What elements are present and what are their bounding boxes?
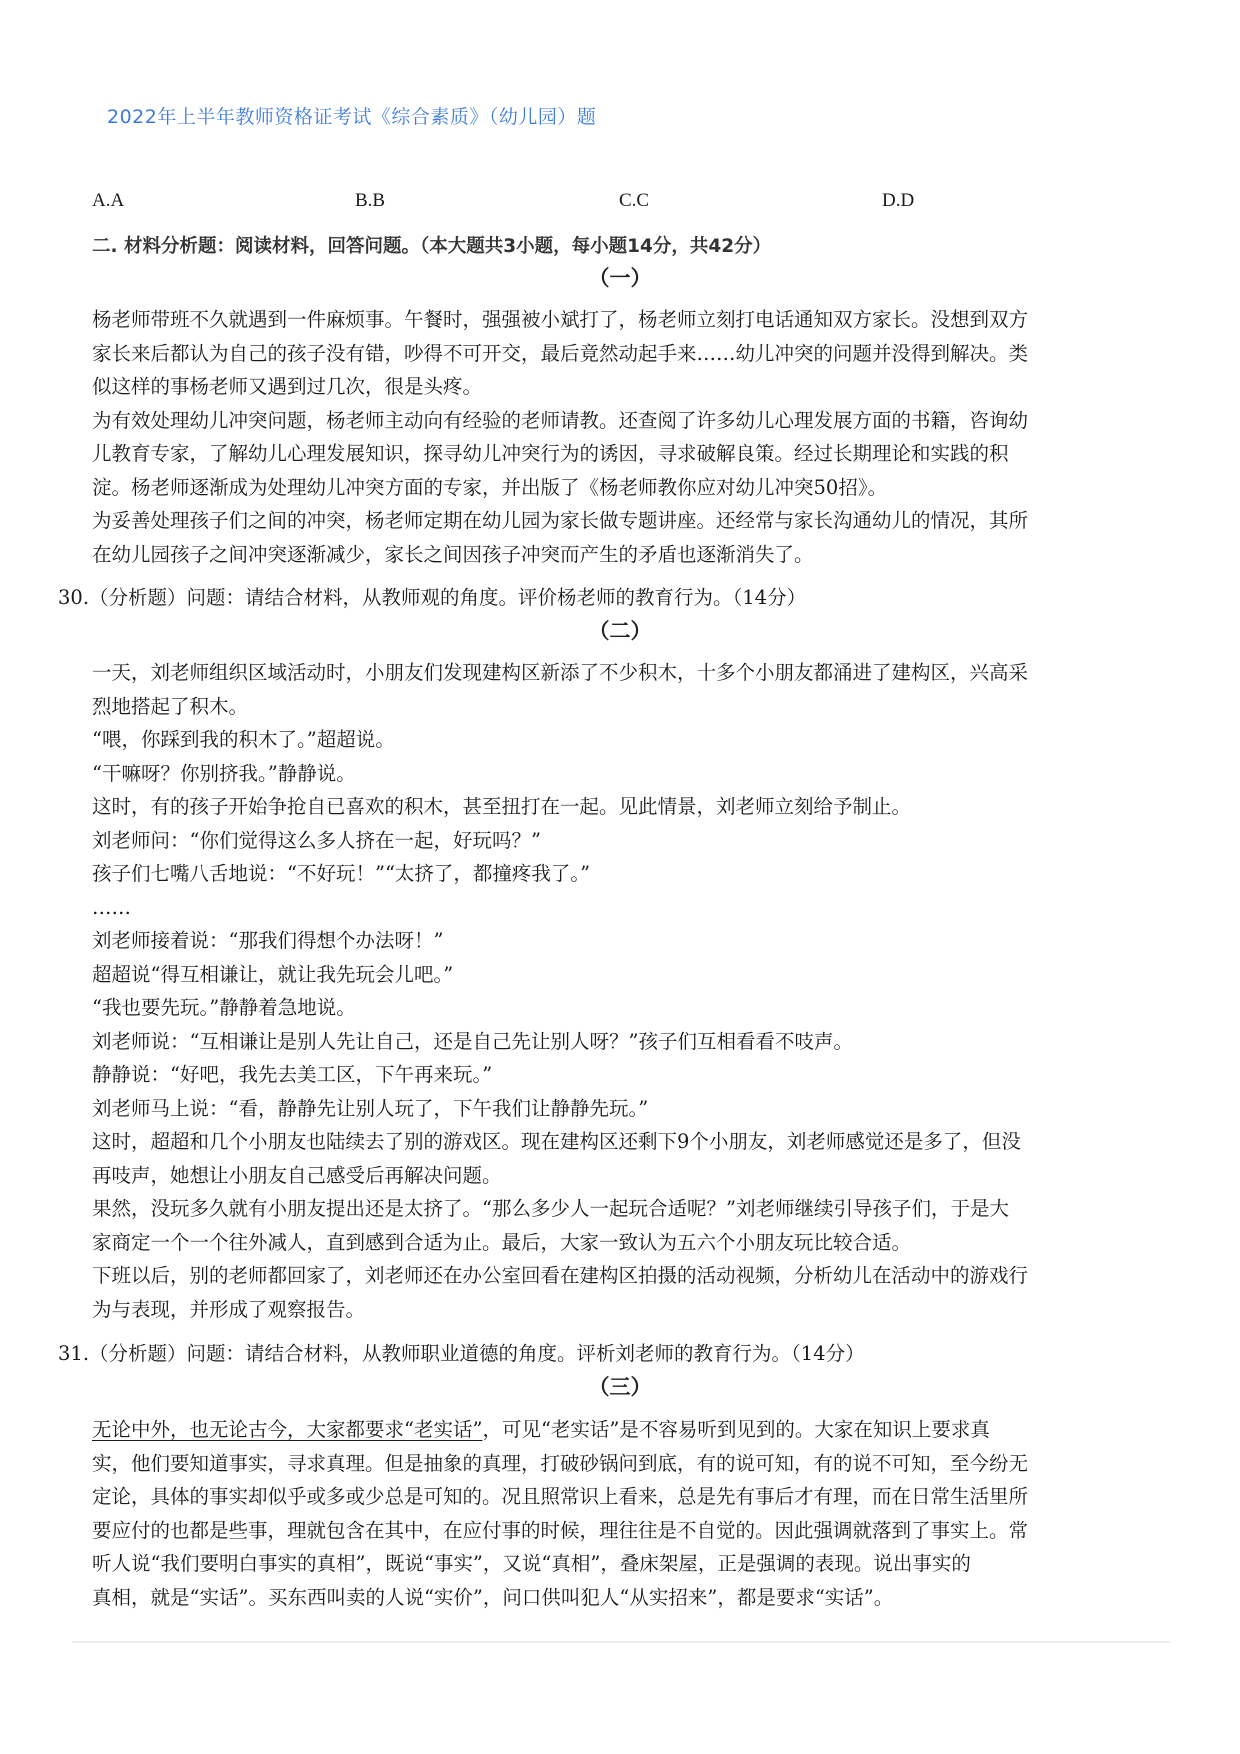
text-line: 下班以后，别的老师都回家了，刘老师还在办公室回看在建构区拍摄的活动视频，分析幼儿… <box>92 1259 1142 1293</box>
text-line: 似这样的事杨老师又遇到过几次，很是头疼。 <box>92 370 1142 404</box>
text-line: 淀。杨老师逐渐成为处理幼儿冲突方面的专家，并出版了《杨老师教你应对幼儿冲突50招… <box>92 471 1142 505</box>
text-line: “干嘛呀？你别挤我。”静静说。 <box>92 757 1142 791</box>
text-line: 在幼儿园孩子之间冲突逐渐减少，家长之间因孩子冲突而产生的矛盾也逐渐消失了。 <box>92 538 1142 572</box>
text-line: 刘老师马上说：“看，静静先让别人玩了，下午我们让静静先玩。” <box>92 1092 1142 1126</box>
text-line: 刘老师说：“互相谦让是别人先让自己，还是自己先让别人呀？”孩子们互相看看不吱声。 <box>92 1025 1142 1059</box>
text-line: 超超说“得互相谦让，就让我先玩会儿吧。” <box>92 958 1142 992</box>
text-line: 为与表现，并形成了观察报告。 <box>92 1293 1142 1327</box>
text-line: 要应付的也都是些事，理就包含在其中，在应付事的时候，理往往是不自觉的。因此强调就… <box>92 1514 1142 1548</box>
text-line: 家商定一个一个往外减人，直到感到合适为止。最后，大家一致认为五六个小朋友玩比较合… <box>92 1226 1142 1260</box>
option-c: C.C <box>619 190 649 212</box>
text-line: 静静说：“好吧，我先去美工区，下午再来玩。” <box>92 1058 1142 1092</box>
text-span: ，可见“老实话”是不容易听到见到的。大家在知识上要求真 <box>482 1418 989 1441</box>
text-line: 刘老师问：“你们觉得这么多人挤在一起，好玩吗？” <box>92 824 1142 858</box>
text-line: “我也要先玩。”静静着急地说。 <box>92 991 1142 1025</box>
question-31: 31.（分析题）问题：请结合材料，从教师职业道德的角度。评析刘老师的教育行为。（… <box>58 1338 865 1366</box>
text-line: 听人说“我们要明白事实的真相”，既说“事实”，又说“真相”，叠床架屋，正是强调的… <box>92 1547 1142 1581</box>
text-line: 定论，具体的事实却似乎或多或少总是可知的。况且照常识上看来，总是先有事后才有理，… <box>92 1480 1142 1514</box>
text-line: 刘老师接着说：“那我们得想个办法呀！” <box>92 924 1142 958</box>
text-line: 为妥善处理孩子们之间的冲突，杨老师定期在幼儿园为家长做专题讲座。还经常与家长沟通… <box>92 504 1142 538</box>
text-line: 为有效处理幼儿冲突问题，杨老师主动向有经验的老师请教。还查阅了许多幼儿心理发展方… <box>92 404 1142 438</box>
material-2-label: （二） <box>0 615 1240 645</box>
material-1-label: （一） <box>0 262 1240 292</box>
option-a: A.A <box>92 190 124 212</box>
text-line: 孩子们七嘴八舌地说：“不好玩！”“太挤了，都撞疼我了。” <box>92 857 1142 891</box>
text-line: 无论中外，也无论古今，大家都要求“老实话”，可见“老实话”是不容易听到见到的。大… <box>92 1413 1142 1447</box>
text-line: 烈地搭起了积木。 <box>92 690 1142 724</box>
question-30: 30.（分析题）问题：请结合材料，从教师观的角度。评价杨老师的教育行为。（14分… <box>58 582 806 610</box>
option-b: B.B <box>355 190 385 212</box>
section-heading: 二. 材料分析题：阅读材料，回答问题。（本大题共3小题，每小题14分，共42分） <box>92 232 771 258</box>
text-line: 再吱声，她想让小朋友自己感受后再解决问题。 <box>92 1159 1142 1193</box>
material-3-text: 无论中外，也无论古今，大家都要求“老实话”，可见“老实话”是不容易听到见到的。大… <box>92 1413 1142 1614</box>
text-line: 这时，超超和几个小朋友也陆续去了别的游戏区。现在建构区还剩下9个小朋友，刘老师感… <box>92 1125 1142 1159</box>
page-divider <box>72 1641 1170 1643</box>
text-line: 这时，有的孩子开始争抢自已喜欢的积木，甚至扭打在一起。见此情景，刘老师立刻给予制… <box>92 790 1142 824</box>
text-line: 真相，就是“实话”。买东西叫卖的人说“实价”，问口供叫犯人“从实招来”，都是要求… <box>92 1581 1142 1615</box>
material-3-label: （三） <box>0 1371 1240 1401</box>
text-line: 果然，没玩多久就有小朋友提出还是太挤了。“那么多少人一起玩合适呢？”刘老师继续引… <box>92 1192 1142 1226</box>
text-line: 实，他们要知道事实，寻求真理。但是抽象的真理，打破砂锅问到底，有的说可知，有的说… <box>92 1447 1142 1481</box>
underlined-phrase: 无论中外，也无论古今，大家都要求“老实话” <box>92 1418 482 1441</box>
text-line: 家长来后都认为自己的孩子没有错，吵得不可开交，最后竟然动起手来……幼儿冲突的问题… <box>92 337 1142 371</box>
text-line: 一天，刘老师组织区域活动时，小朋友们发现建构区新添了不少积木，十多个小朋友都涌进… <box>92 656 1142 690</box>
text-line: 儿教育专家，了解幼儿心理发展知识，探寻幼儿冲突行为的诱因，寻求破解良策。经过长期… <box>92 437 1142 471</box>
text-line: …… <box>92 891 1142 925</box>
material-1-text: 杨老师带班不久就遇到一件麻烦事。午餐时，强强被小斌打了，杨老师立刻打电话通知双方… <box>92 303 1142 571</box>
material-2-text: 一天，刘老师组织区域活动时，小朋友们发现建构区新添了不少积木，十多个小朋友都涌进… <box>92 656 1142 1326</box>
text-line: “喂，你踩到我的积木了。”超超说。 <box>92 723 1142 757</box>
option-d: D.D <box>882 190 914 212</box>
page-title: 2022年上半年教师资格证考试《综合素质》（幼儿园）题 <box>107 102 596 129</box>
text-line: 杨老师带班不久就遇到一件麻烦事。午餐时，强强被小斌打了，杨老师立刻打电话通知双方… <box>92 303 1142 337</box>
